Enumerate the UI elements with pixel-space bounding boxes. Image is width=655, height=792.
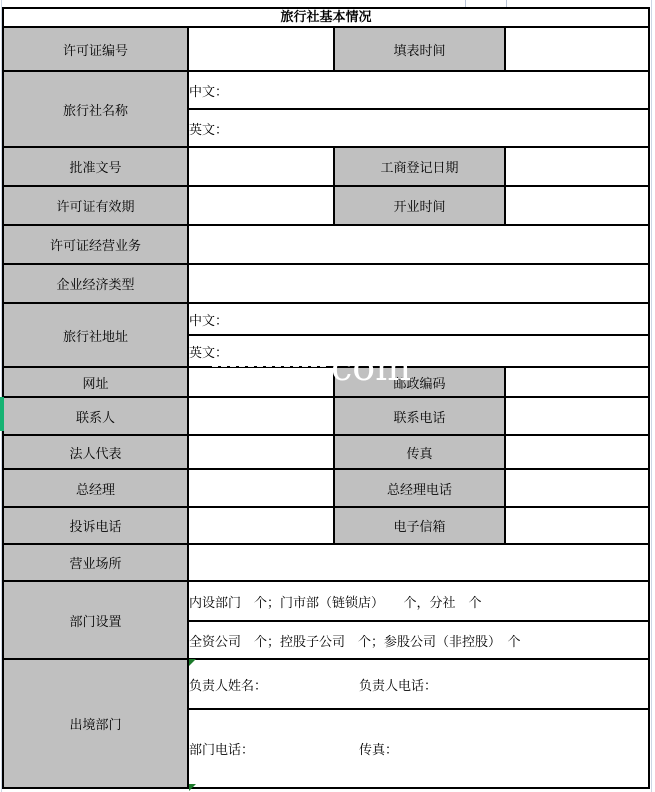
legal-rep-label: 法人代表 xyxy=(3,435,188,469)
outbound-fax-prefix: 传真： xyxy=(359,743,398,758)
opening-date-value-cell[interactable] xyxy=(505,186,649,225)
dept-setup-label: 部门设置 xyxy=(3,581,188,659)
top-gridline-tick xyxy=(465,0,466,7)
premises-value-cell[interactable] xyxy=(188,544,649,581)
contact-person-value-cell[interactable] xyxy=(188,397,334,435)
agency-name-cn-cell[interactable]: 中文： xyxy=(188,71,649,109)
approval-no-label: 批准文号 xyxy=(3,147,188,186)
website-label: 网址 xyxy=(3,367,188,397)
gm-label: 总经理 xyxy=(3,469,188,507)
cell-comment-indicator-icon xyxy=(189,784,196,791)
fill-date-label: 填表时间 xyxy=(334,27,505,71)
business-reg-date-value-cell[interactable] xyxy=(505,147,649,186)
table-row: 联系人 联系电话 xyxy=(3,397,649,435)
watermark-text: com xyxy=(331,348,411,386)
contact-phone-label: 联系电话 xyxy=(334,397,505,435)
row-selection-marker xyxy=(0,397,4,431)
table-row: 部门设置 内设部门 个；门市部（链锁店） 个，分社 个 xyxy=(3,581,649,621)
gm-value-cell[interactable] xyxy=(188,469,334,507)
outbound-line1-cell[interactable]: 负责人姓名：负责人电话： xyxy=(188,659,649,709)
dept-setup-line2-cell[interactable]: 全资公司 个；控股子公司 个；参股公司（非控股） 个 xyxy=(188,621,649,659)
table-row: 法人代表 传真 xyxy=(3,435,649,469)
gm-phone-label: 总经理电话 xyxy=(334,469,505,507)
license-validity-value-cell[interactable] xyxy=(188,186,334,225)
table-row: 出境部门 负责人姓名：负责人电话： xyxy=(3,659,649,709)
complaint-phone-label: 投诉电话 xyxy=(3,507,188,544)
table-row: 旅行社地址 中文： xyxy=(3,303,649,335)
fax-value-cell[interactable] xyxy=(505,435,649,469)
approval-no-value-cell[interactable] xyxy=(188,147,334,186)
economic-type-label: 企业经济类型 xyxy=(3,264,188,303)
contact-phone-value-cell[interactable] xyxy=(505,397,649,435)
business-reg-date-label: 工商登记日期 xyxy=(334,147,505,186)
postal-code-value-cell[interactable] xyxy=(505,367,649,397)
email-value-cell[interactable] xyxy=(505,507,649,544)
address-en-cell[interactable]: 英文： xyxy=(188,335,649,367)
cell-comment-indicator-icon xyxy=(189,659,196,666)
email-label: 电子信箱 xyxy=(334,507,505,544)
table-row: 许可证经营业务 xyxy=(3,225,649,264)
title-row: 旅行社基本情况 xyxy=(3,8,649,27)
dept-setup-line1-cell[interactable]: 内设部门 个；门市部（链锁店） 个，分社 个 xyxy=(188,581,649,621)
economic-type-value-cell[interactable] xyxy=(188,264,649,303)
outbound-dept-phone-prefix: 部门电话： xyxy=(189,739,359,758)
top-gridline-tick xyxy=(506,0,507,7)
table-row: 许可证编号 填表时间 xyxy=(3,27,649,71)
travel-agency-basic-info-form: 旅行社基本情况 许可证编号 填表时间 旅行社名称 中文： 英文： 批准文号 工商… xyxy=(0,0,655,792)
table-row: 许可证有效期 开业时间 xyxy=(3,186,649,225)
form-title: 旅行社基本情况 xyxy=(3,8,649,27)
gm-phone-value-cell[interactable] xyxy=(505,469,649,507)
licensed-business-value-cell[interactable] xyxy=(188,225,649,264)
legal-rep-value-cell[interactable] xyxy=(188,435,334,469)
contact-person-label: 联系人 xyxy=(3,397,188,435)
agency-name-label: 旅行社名称 xyxy=(3,71,188,147)
website-value-cell[interactable] xyxy=(188,367,334,397)
table-row: 企业经济类型 xyxy=(3,264,649,303)
table-row: 批准文号 工商登记日期 xyxy=(3,147,649,186)
table-row: 投诉电话 电子信箱 xyxy=(3,507,649,544)
fax-label: 传真 xyxy=(334,435,505,469)
right-gridline xyxy=(651,0,652,792)
outbound-dept-label: 出境部门 xyxy=(3,659,188,788)
outbound-head-phone-prefix: 负责人电话： xyxy=(359,679,437,694)
complaint-phone-value-cell[interactable] xyxy=(188,507,334,544)
fill-date-value-cell[interactable] xyxy=(505,27,649,71)
outbound-line2-cell[interactable]: 部门电话：传真： xyxy=(188,709,649,788)
license-no-label: 许可证编号 xyxy=(3,27,188,71)
table-row: 营业场所 xyxy=(3,544,649,581)
license-validity-label: 许可证有效期 xyxy=(3,186,188,225)
address-cn-cell[interactable]: 中文： xyxy=(188,303,649,335)
address-label: 旅行社地址 xyxy=(3,303,188,367)
premises-label: 营业场所 xyxy=(3,544,188,581)
table-row: 总经理 总经理电话 xyxy=(3,469,649,507)
opening-date-label: 开业时间 xyxy=(334,186,505,225)
outbound-head-name-prefix: 负责人姓名： xyxy=(189,675,359,694)
watermark-dashes xyxy=(212,364,326,367)
table-row: 网址 邮政编码 xyxy=(3,367,649,397)
form-table: 旅行社基本情况 许可证编号 填表时间 旅行社名称 中文： 英文： 批准文号 工商… xyxy=(2,7,650,789)
agency-name-en-cell[interactable]: 英文： xyxy=(188,109,649,147)
license-no-value-cell[interactable] xyxy=(188,27,334,71)
table-row: 旅行社名称 中文： xyxy=(3,71,649,109)
licensed-business-label: 许可证经营业务 xyxy=(3,225,188,264)
